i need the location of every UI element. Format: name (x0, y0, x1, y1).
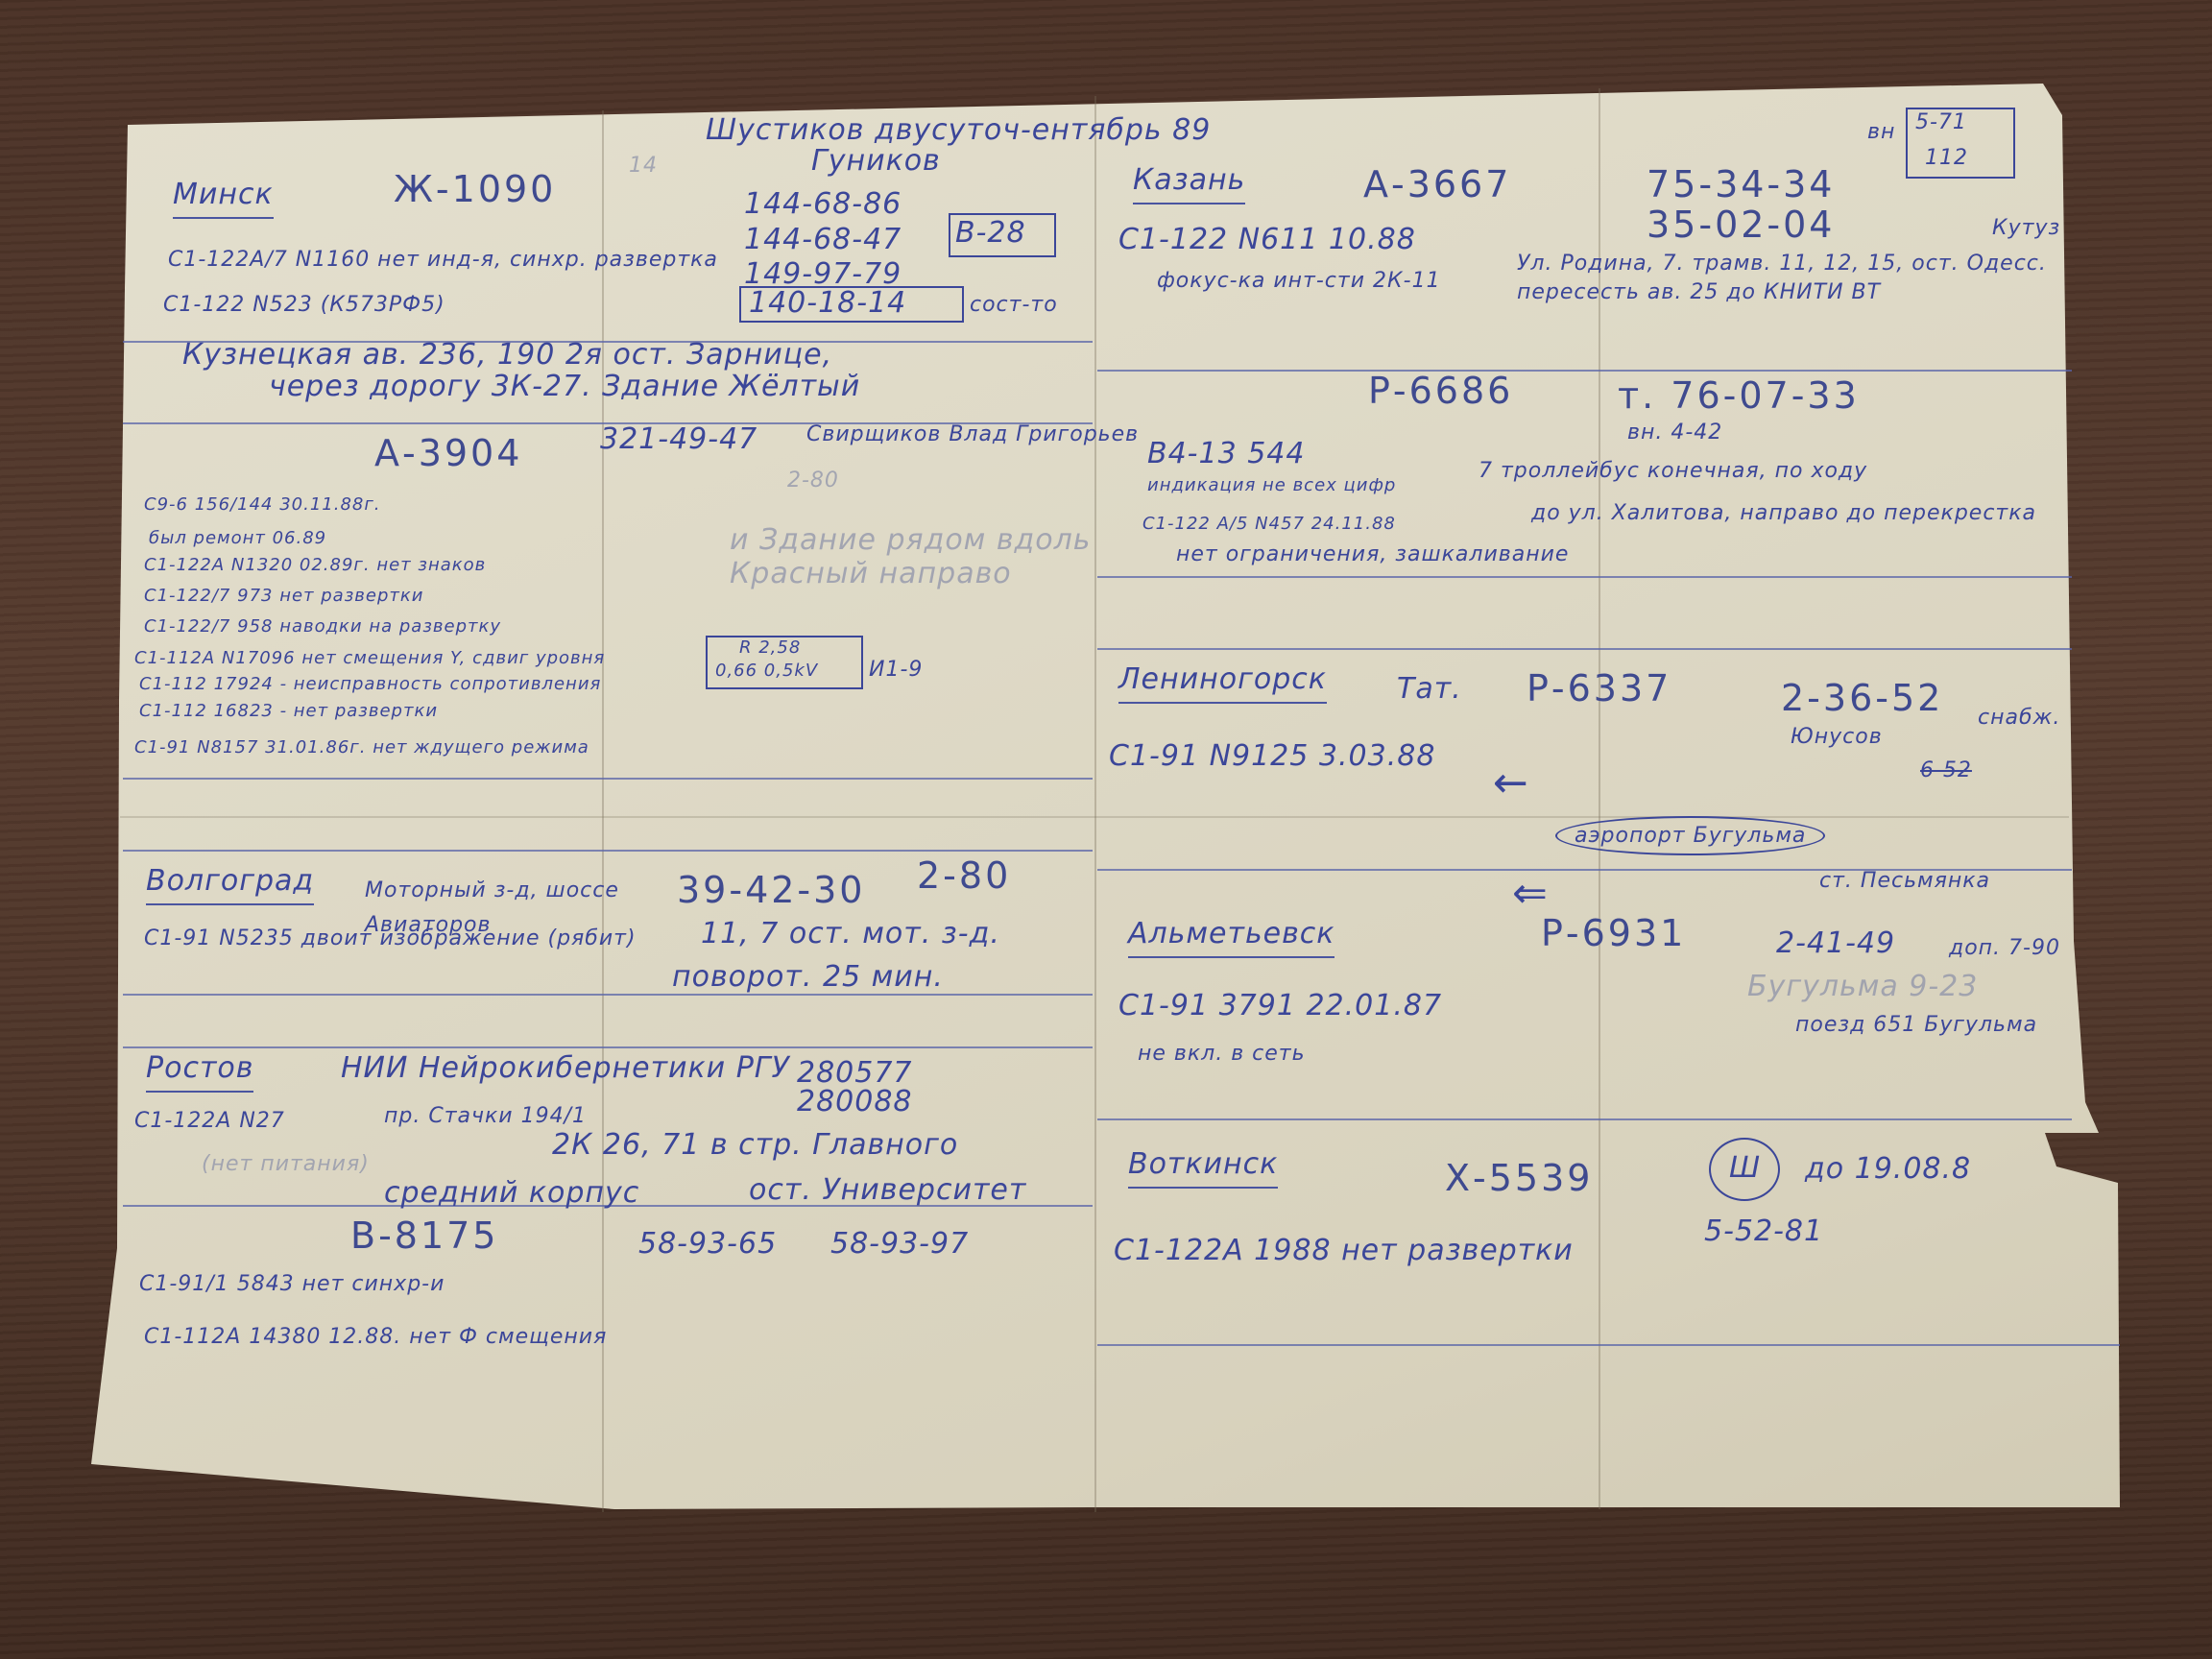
device-line: индикация не всех цифр (1147, 475, 1396, 495)
separator (123, 850, 1093, 852)
phone: 144-68-86 (744, 187, 902, 221)
extension: вн. 4-42 (1627, 421, 1722, 445)
entry-code: Р-6337 (1527, 667, 1671, 709)
device-line: С1-112А 14380 12.88. нет Ф смещения (144, 1325, 607, 1349)
phone: 39-42-30 (677, 869, 865, 911)
phone: 58-93-65 (638, 1227, 777, 1261)
device-line: С1-122/7 973 нет развертки (144, 586, 423, 606)
boxed-code: В-28 (955, 216, 1026, 250)
separator (1097, 370, 2072, 372)
valid-until: до 19.08.8 (1805, 1152, 1971, 1186)
crossed-out-number: 6-52 (1920, 758, 1972, 782)
separator (123, 994, 1093, 996)
corner-box-prefix: вн (1867, 120, 1895, 144)
extension: доп. 7-90 (1949, 936, 2060, 960)
arrow-note: аэропорт Бугульма (1555, 816, 1825, 855)
separator (1097, 576, 2072, 578)
device-line: С1-122 N611 10.88 (1118, 223, 1416, 256)
separator (1097, 1118, 2072, 1120)
contact-name: Свирщиков Влад Григорьев (806, 422, 1139, 446)
entry-code: Ж-1090 (394, 168, 556, 210)
device-line: С1-112А N17096 нет смещения Y, сдвиг уро… (134, 648, 605, 668)
device-line: С1-122А/7 N1160 нет инд-я, синхр. развер… (168, 248, 718, 272)
city-name: Казань (1133, 163, 1245, 204)
stop-name: ст. Песьмянка (1819, 869, 1990, 893)
device-line: В4-13 544 (1147, 437, 1305, 470)
faint-note: Бугульма 9-23 (1747, 970, 1978, 1003)
separator (1097, 1344, 2120, 1346)
phone: 2-36-52 (1781, 677, 1943, 719)
directions-line: ост. Университет (749, 1173, 1026, 1207)
city-name: Лениногорск (1118, 662, 1327, 704)
arrow-left-icon: ← (1493, 758, 1528, 807)
directions-line: средний корпус (384, 1176, 639, 1210)
directions-line: до ул. Халитова, направо до перекрестка (1531, 501, 2036, 525)
device-line: не вкл. в сеть (1138, 1042, 1306, 1066)
schematic-bottom: 0,66 0,5kV (715, 661, 818, 681)
directions-line: поворот. 25 мин. (672, 960, 944, 994)
device-line: С1-91 N8157 31.01.86г. нет ждущего режим… (134, 737, 589, 757)
device-line: С1-91 N5235 двоит изображение (рябит) (144, 926, 637, 950)
address: пр. Стачки 194/1 (384, 1104, 587, 1128)
phone-note: сост-то (970, 293, 1058, 317)
device-line: С1-112 16823 - нет развертки (139, 701, 438, 721)
entry-code: В-8175 (350, 1214, 499, 1257)
header-note: Шустиков двусуточ-ентябрь 89 (706, 113, 1211, 147)
device-line: фокус-ка инт-сти 2К-11 (1157, 269, 1441, 293)
directions-line: через дорогу 3К-27. Здание Жёлтый (269, 370, 860, 403)
device-line: С1-112 17924 - неисправность сопротивлен… (139, 674, 601, 694)
entry-code: А-3667 (1363, 163, 1511, 205)
phone: 280088 (797, 1085, 913, 1118)
phone: 144-68-47 (744, 223, 902, 256)
separator (123, 1046, 1093, 1048)
faint-note: (нет питания) (202, 1152, 370, 1176)
schematic-top: R 2,58 (739, 637, 801, 658)
phone: т. 76-07-33 (1618, 374, 1860, 417)
stray-mark: 14 (629, 154, 658, 178)
device-line: нет ограничения, зашкаливание (1176, 542, 1569, 566)
faint-note: и Здание рядом вдоль Красный направо (730, 523, 1094, 590)
device-line: С9-6 156/144 30.11.88г. (144, 494, 381, 515)
directions-line: 7 троллейбус конечная, по ходу (1479, 459, 1867, 483)
device-line: С1-122А 1988 нет развертки (1114, 1234, 1574, 1267)
room: 2К 26, 71 в стр. Главного (552, 1128, 958, 1162)
contact-name: Кутуз (1992, 216, 2060, 240)
directions-line: пересесть ав. 25 до КНИТИ ВТ (1517, 280, 1881, 304)
time: 2-80 (917, 854, 1011, 897)
contact-name: Гуников (811, 144, 941, 178)
arrow-left-icon: ⇐ (1512, 869, 1548, 918)
city-name: Альметьевск (1128, 917, 1334, 958)
device-line: С1-122/7 958 наводки на развертку (144, 616, 501, 637)
phone: 321-49-47 (600, 422, 757, 456)
phone-note: снабж. (1978, 706, 2060, 730)
schematic-side: И1-9 (869, 658, 923, 682)
city-name: Минск (173, 178, 274, 219)
note: поезд 651 Бугульма (1795, 1013, 2037, 1037)
device-line: С1-122 N523 (К573РФ5) (163, 293, 445, 317)
directions-line: Кузнецкая ав. 236, 190 2я ост. Зарнице, (182, 338, 832, 372)
entry-code: А-3904 (374, 432, 522, 474)
circled-mark: Ш (1709, 1138, 1780, 1201)
organization: НИИ Нейрокибернетики РГУ (341, 1051, 790, 1085)
corner-box-top: 5-71 (1915, 110, 1967, 134)
entry-code: Р-6931 (1541, 912, 1686, 954)
paper-sheet: Шустиков двусуточ-ентябрь 89 14 вн 5-71 … (0, 0, 2212, 1659)
phone: 140-18-14 (749, 286, 906, 320)
device-line: был ремонт 06.89 (149, 528, 326, 548)
phone: 2-41-49 (1776, 926, 1895, 960)
device-line: С1-122А N1320 02.89г. нет знаков (144, 555, 486, 575)
city-name: Волгоград (146, 864, 314, 905)
separator (1097, 648, 2072, 650)
device-line: С1-91 N9125 3.03.88 (1109, 739, 1435, 773)
entry-code: Р-6686 (1368, 370, 1513, 412)
device-line: С1-122 А/5 N457 24.11.88 (1142, 514, 1396, 534)
faint-time: 2-80 (787, 469, 839, 493)
city-name: Воткинск (1128, 1147, 1278, 1189)
city-name: Ростов (146, 1051, 253, 1093)
corner-box-bottom: 112 (1925, 146, 1968, 170)
device-line: С1-91/1 5843 нет синхр-и (139, 1272, 445, 1296)
contact-name: Юнусов (1791, 725, 1883, 749)
device-line: С1-122А N27 (134, 1109, 285, 1133)
phone: 58-93-97 (830, 1227, 969, 1261)
phone: 35-02-04 (1647, 204, 1835, 246)
directions-line: 11, 7 ост. мот. з-д. (701, 917, 1000, 950)
fold-line (602, 110, 604, 1512)
fold-line (1094, 96, 1096, 1512)
entry-code: Х-5539 (1445, 1157, 1593, 1199)
fold-line (120, 816, 2069, 818)
phone: 5-52-81 (1704, 1214, 1823, 1248)
device-line: С1-91 3791 22.01.87 (1118, 989, 1442, 1022)
phone: 75-34-34 (1647, 163, 1835, 205)
directions-line: Ул. Родина, 7. трамв. 11, 12, 15, ост. О… (1517, 252, 2047, 276)
region: Тат. (1397, 672, 1462, 706)
separator (123, 778, 1093, 780)
